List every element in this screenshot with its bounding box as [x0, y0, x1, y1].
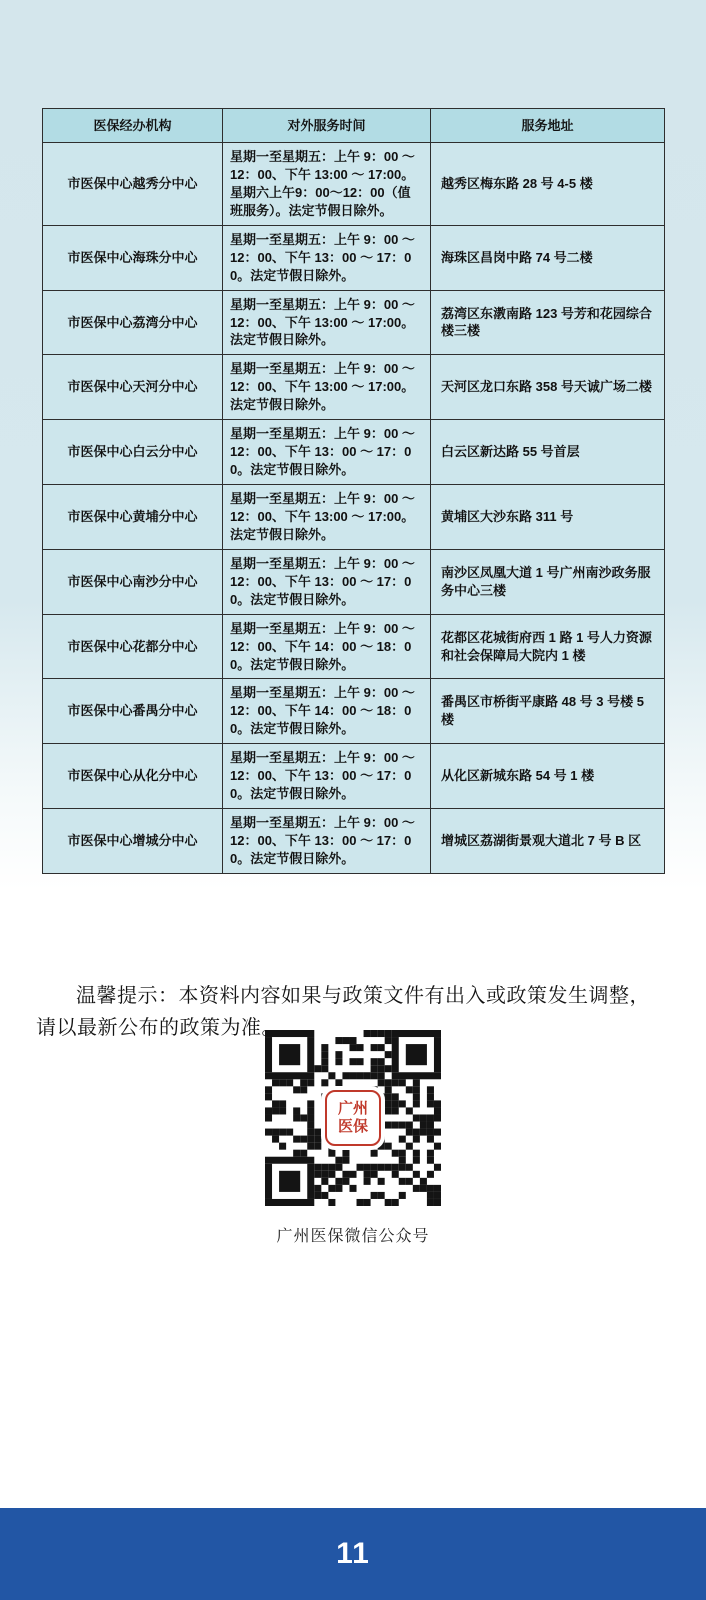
- hours-cell: 星期一至星期五：上午 9：00 ～ 12：00、下午 13:00 ～ 17:00…: [223, 143, 431, 226]
- table-row: 市医保中心白云分中心 星期一至星期五：上午 9：00 ～ 12：00、下午 13…: [43, 420, 665, 485]
- qr-logo-line1: 广州: [338, 1100, 368, 1118]
- footer-bar: 11: [0, 1508, 706, 1600]
- org-cell: 市医保中心越秀分中心: [43, 143, 223, 226]
- table-row: 市医保中心越秀分中心 星期一至星期五：上午 9：00 ～ 12：00、下午 13…: [43, 143, 665, 226]
- table-row: 市医保中心黄埔分中心 星期一至星期五：上午 9：00 ～ 12：00、下午 13…: [43, 485, 665, 550]
- table-row: 市医保中心天河分中心 星期一至星期五：上午 9：00 ～ 12：00、下午 13…: [43, 355, 665, 420]
- org-cell: 市医保中心花都分中心: [43, 614, 223, 679]
- org-cell: 市医保中心天河分中心: [43, 355, 223, 420]
- address-cell: 花都区花城街府西 1 路 1 号人力资源和社会保障局大院内 1 楼: [431, 614, 665, 679]
- hours-cell: 星期一至星期五：上午 9：00 ～ 12：00、下午 13:00 ～ 17:00…: [223, 290, 431, 355]
- table-row: 市医保中心番禺分中心 星期一至星期五：上午 9：00 ～ 12：00、下午 14…: [43, 679, 665, 744]
- org-cell: 市医保中心增城分中心: [43, 809, 223, 874]
- table-row: 市医保中心花都分中心 星期一至星期五：上午 9：00 ～ 12：00、下午 14…: [43, 614, 665, 679]
- org-cell: 市医保中心番禺分中心: [43, 679, 223, 744]
- hours-cell: 星期一至星期五：上午 9：00 ～ 12：00、下午 13：00 ～ 17：00…: [223, 809, 431, 874]
- header-cell-address: 服务地址: [431, 109, 665, 143]
- table-row: 市医保中心荔湾分中心 星期一至星期五：上午 9：00 ～ 12：00、下午 13…: [43, 290, 665, 355]
- hours-cell: 星期一至星期五：上午 9：00 ～ 12：00、下午 13:00 ～ 17:00…: [223, 485, 431, 550]
- page-background: 医保经办机构 对外服务时间 服务地址 市医保中心越秀分中心 星期一至星期五：上午…: [0, 0, 706, 1600]
- hours-cell: 星期一至星期五：上午 9：00 ～ 12：00、下午 13:00 ～ 17:00…: [223, 355, 431, 420]
- hours-cell: 星期一至星期五：上午 9：00 ～ 12：00、下午 13：00 ～ 17：00…: [223, 744, 431, 809]
- address-cell: 天河区龙口东路 358 号天诚广场二楼: [431, 355, 665, 420]
- hours-cell: 星期一至星期五：上午 9：00 ～ 12：00、下午 14：00 ～ 18：00…: [223, 614, 431, 679]
- page-number: 11: [336, 1537, 370, 1571]
- org-cell: 市医保中心从化分中心: [43, 744, 223, 809]
- address-cell: 黄埔区大沙东路 311 号: [431, 485, 665, 550]
- org-cell: 市医保中心白云分中心: [43, 420, 223, 485]
- org-cell: 市医保中心南沙分中心: [43, 549, 223, 614]
- address-cell: 海珠区昌岗中路 74 号二楼: [431, 225, 665, 290]
- table-row: 市医保中心增城分中心 星期一至星期五：上午 9：00 ～ 12：00、下午 13…: [43, 809, 665, 874]
- org-cell: 市医保中心荔湾分中心: [43, 290, 223, 355]
- address-cell: 白云区新达路 55 号首层: [431, 420, 665, 485]
- org-cell: 市医保中心黄埔分中心: [43, 485, 223, 550]
- table-row: 市医保中心从化分中心 星期一至星期五：上午 9：00 ～ 12：00、下午 13…: [43, 744, 665, 809]
- address-cell: 南沙区凤凰大道 1 号广州南沙政务服务中心三楼: [431, 549, 665, 614]
- table-row: 市医保中心南沙分中心 星期一至星期五：上午 9：00 ～ 12：00、下午 13…: [43, 549, 665, 614]
- table-row: 市医保中心海珠分中心 星期一至星期五：上午 9：00 ～ 12：00、下午 13…: [43, 225, 665, 290]
- service-centers-table: 医保经办机构 对外服务时间 服务地址 市医保中心越秀分中心 星期一至星期五：上午…: [42, 108, 665, 874]
- address-cell: 荔湾区东漖南路 123 号芳和花园综合楼三楼: [431, 290, 665, 355]
- hours-cell: 星期一至星期五：上午 9：00 ～ 12：00、下午 14：00 ～ 18：00…: [223, 679, 431, 744]
- qr-code: 广州 医保: [265, 1030, 441, 1206]
- table-header-row: 医保经办机构 对外服务时间 服务地址: [43, 109, 665, 143]
- header-cell-hours: 对外服务时间: [223, 109, 431, 143]
- hours-cell: 星期一至星期五：上午 9：00 ～ 12：00、下午 13：00 ～ 17：00…: [223, 420, 431, 485]
- qr-caption: 广州医保微信公众号: [0, 1223, 706, 1246]
- qr-logo-line2: 医保: [338, 1118, 368, 1136]
- header-cell-org: 医保经办机构: [43, 109, 223, 143]
- org-cell: 市医保中心海珠分中心: [43, 225, 223, 290]
- address-cell: 越秀区梅东路 28 号 4-5 楼: [431, 143, 665, 226]
- hours-cell: 星期一至星期五：上午 9：00 ～ 12：00、下午 13：00 ～ 17：00…: [223, 549, 431, 614]
- qr-block: 广州 医保 广州医保微信公众号: [0, 1030, 706, 1246]
- hours-cell: 星期一至星期五：上午 9：00 ～ 12：00、下午 13：00 ～ 17：00…: [223, 225, 431, 290]
- qr-center-logo: 广州 医保: [325, 1090, 381, 1146]
- address-cell: 增城区荔湖街景观大道北 7 号 B 区: [431, 809, 665, 874]
- address-cell: 从化区新城东路 54 号 1 楼: [431, 744, 665, 809]
- address-cell: 番禺区市桥街平康路 48 号 3 号楼 5 楼: [431, 679, 665, 744]
